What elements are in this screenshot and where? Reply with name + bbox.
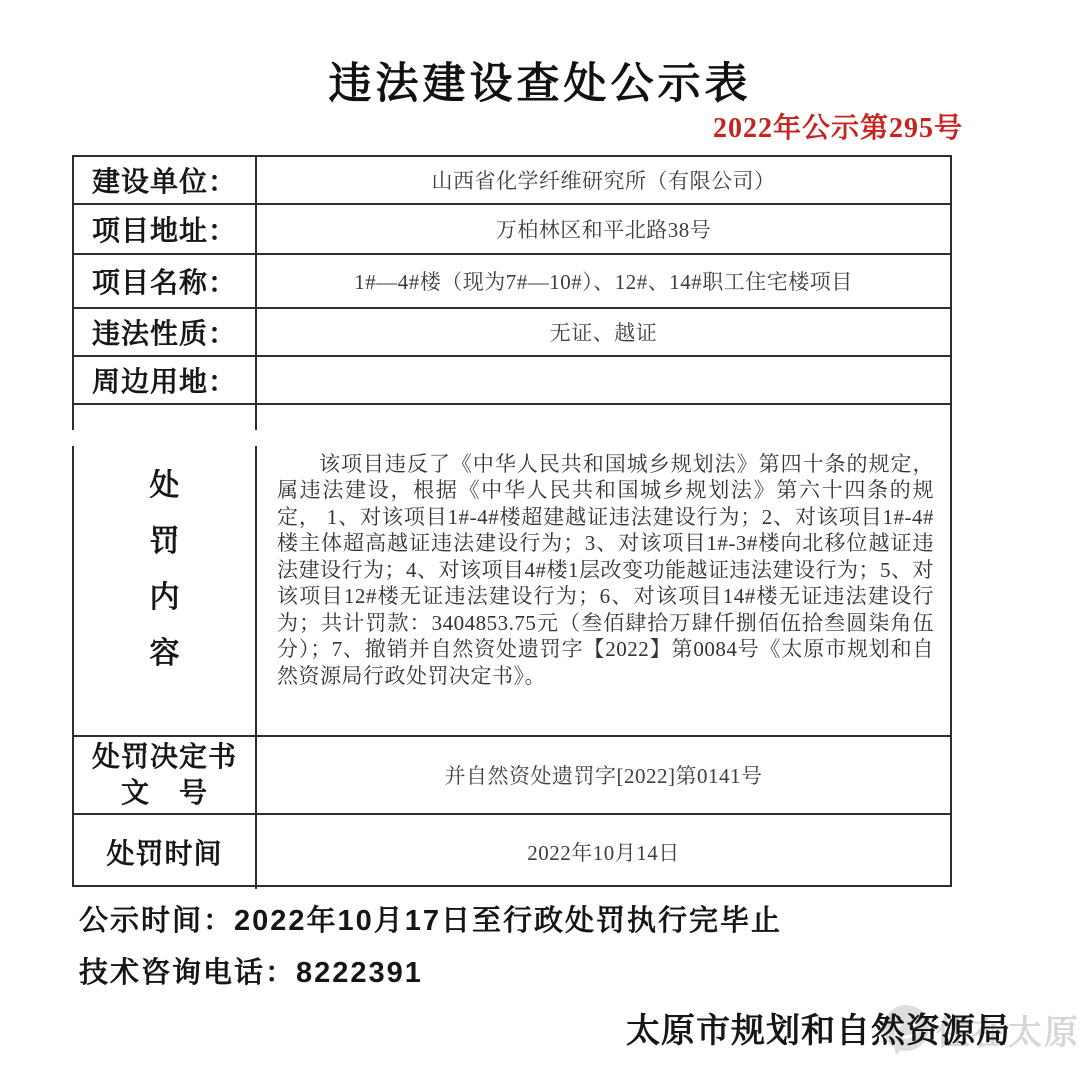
row-label-penalty-content: 处 罚 内 容: [74, 405, 257, 737]
row-value-decision-doc-number: 并自然资处遗罚字[2022]第0141号: [257, 737, 950, 815]
row-value-penalty-content: 该项目违反了《中华人民共和国城乡规划法》第四十条的规定，属违法建设，根据《中华人…: [257, 405, 950, 737]
row-label-decision-doc-number: 处罚决定书 文 号: [74, 737, 257, 815]
decision-doc-label-line2: 文 号: [121, 775, 208, 811]
row-value-surrounding-land: [257, 357, 950, 405]
penalty-label-char: 内: [150, 570, 180, 626]
notice-number: 2022年公示第295号: [713, 106, 963, 146]
notice-table: 建设单位： 山西省化学纤维研究所（有限公司） 项目地址： 万柏林区和平北路38号…: [72, 155, 952, 887]
consult-phone-line: 技术咨询电话：8222391: [79, 950, 423, 991]
penalty-label-char: 罚: [150, 514, 180, 570]
row-label-surrounding-land: 周边用地：: [74, 357, 257, 405]
row-value-project-name: 1#—4#楼（现为7#—10#）、12#、14#职工住宅楼项目: [257, 255, 950, 309]
row-value-construction-unit: 山西省化学纤维研究所（有限公司）: [257, 157, 950, 205]
row-value-violation-nature: 无证、越证: [257, 309, 950, 357]
row-value-penalty-time: 2022年10月14日: [257, 815, 950, 889]
row-label-violation-nature: 违法性质：: [74, 309, 257, 357]
penalty-label-char: 处: [150, 458, 180, 514]
row-label-penalty-time: 处罚时间: [74, 815, 257, 889]
penalty-label-char: 容: [150, 626, 180, 682]
row-label-construction-unit: 建设单位：: [74, 157, 257, 205]
page-title: 违法建设查处公示表: [0, 50, 1080, 111]
notice-document: 违法建设查处公示表 2022年公示第295号 建设单位： 山西省化学纤维研究所（…: [0, 0, 1080, 1080]
agency-name: 太原市规划和自然资源局: [626, 1003, 1011, 1052]
row-label-project-address: 项目地址：: [74, 205, 257, 255]
row-value-project-address: 万柏林区和平北路38号: [257, 205, 950, 255]
penalty-content-text: 该项目违反了《中华人民共和国城乡规划法》第四十条的规定，属违法建设，根据《中华人…: [257, 451, 950, 690]
scan-seam: [252, 430, 258, 446]
scan-seam: [69, 430, 75, 446]
publicity-time-line: 公示时间：2022年10月17日至行政处罚执行完毕止: [79, 898, 782, 939]
decision-doc-label-line1: 处罚决定书: [92, 739, 237, 775]
row-label-project-name: 项目名称：: [74, 255, 257, 309]
